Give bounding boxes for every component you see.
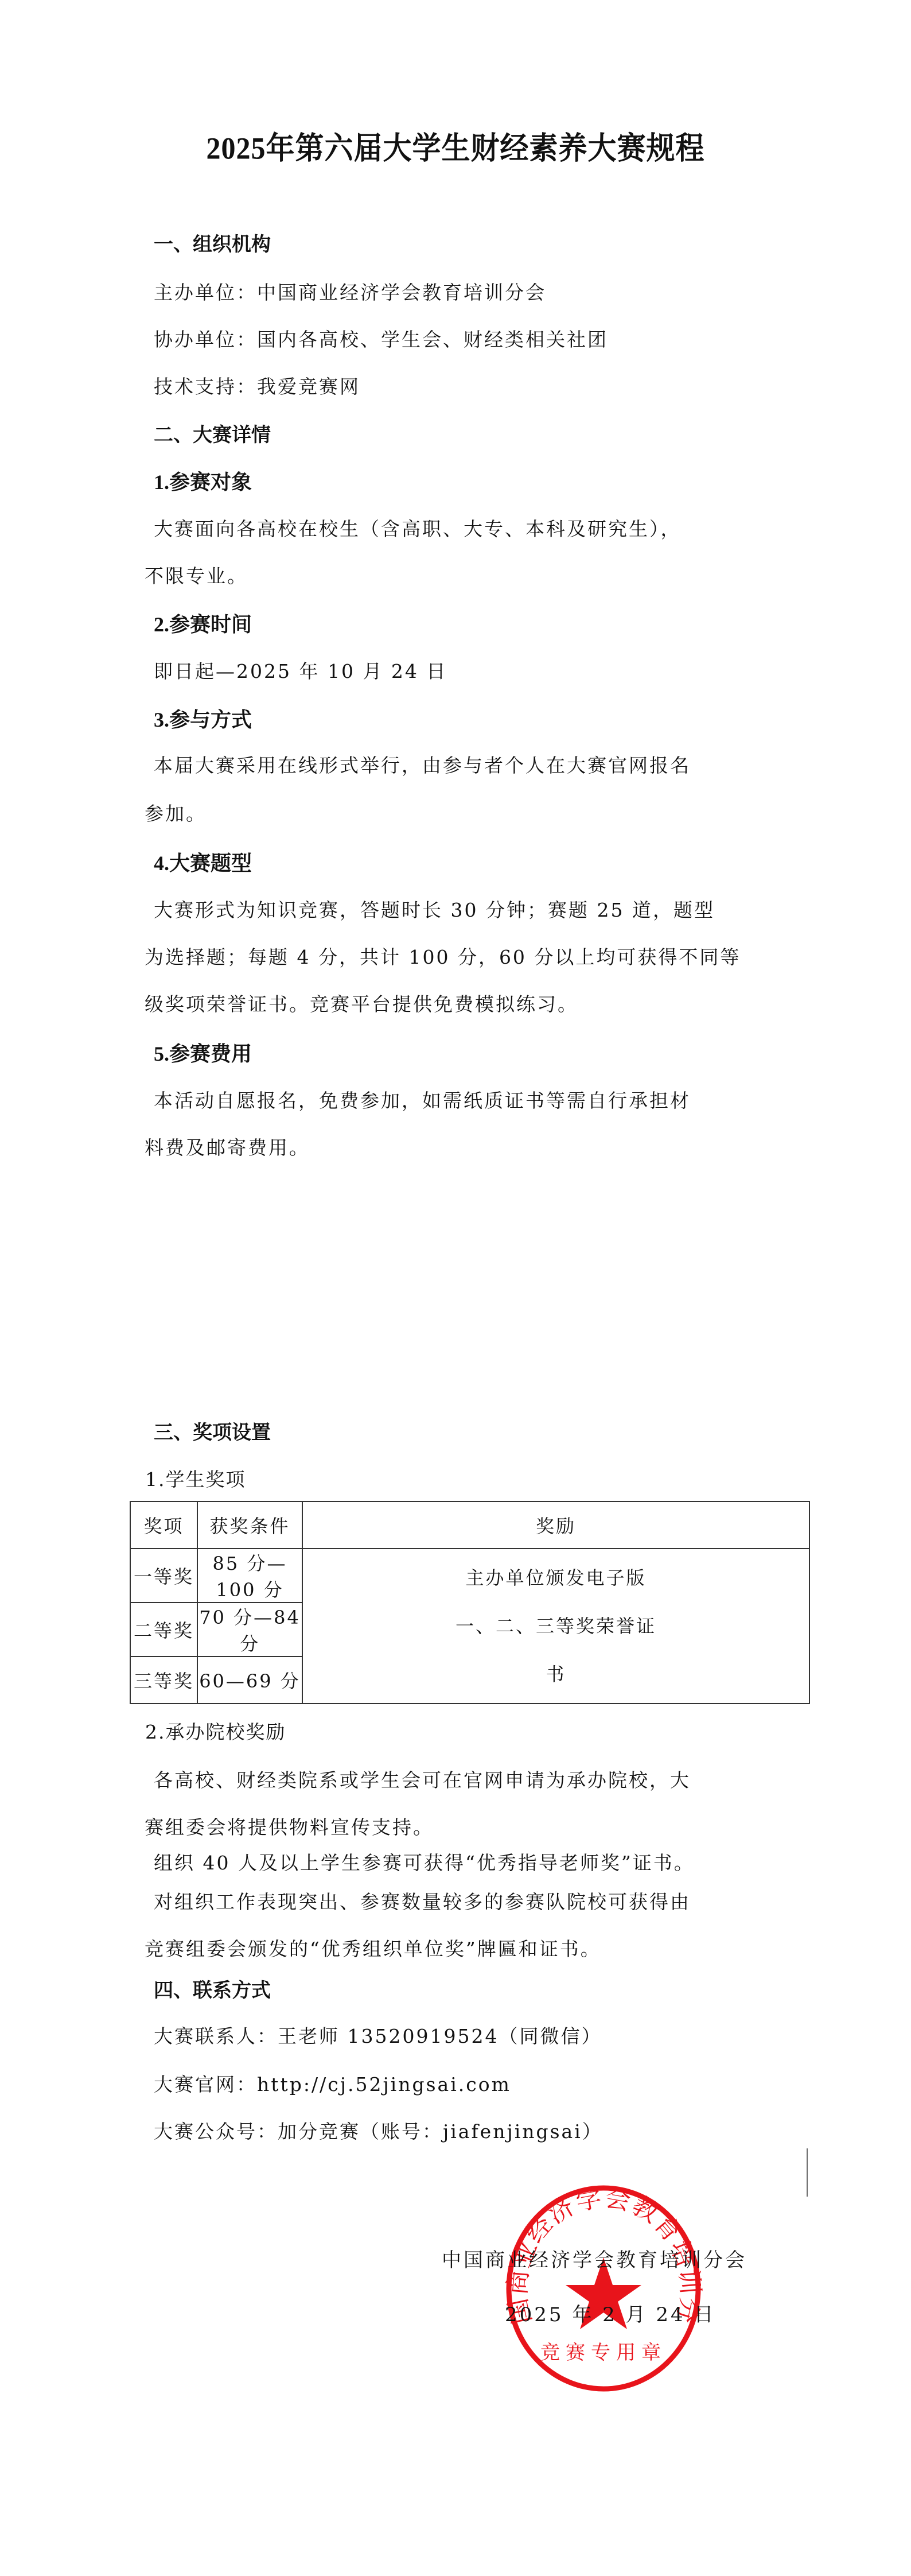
reward-cell: 主办单位颁发电子版 一、二、三等奖荣誉证 书 (302, 1549, 809, 1704)
subheading-school-awards: 2.承办院校奖励 (145, 1717, 286, 1744)
table-row: 一等奖 85 分—100 分 主办单位颁发电子版 一、二、三等奖荣誉证 书 (130, 1549, 809, 1603)
host-unit: 主办单位：中国商业经济学会教育培训分会 (154, 278, 546, 305)
subheading-student-awards: 1.学生奖项 (145, 1465, 246, 1492)
document-title: 2025年第六届大学生财经素养大赛规程 (0, 123, 911, 168)
contact-person: 大赛联系人：王老师 13520919524（同微信） (154, 2022, 602, 2049)
table-header-row: 奖项 获奖条件 奖励 (130, 1502, 809, 1549)
reward-line: 书 (313, 1650, 799, 1698)
subheading-participants: 1.参赛对象 (154, 466, 252, 495)
official-stamp: 中国商业经济学会教育培训分会 竞赛专用章 (505, 2184, 703, 2393)
co-host-unit: 协办单位：国内各高校、学生会、财经类相关社团 (154, 325, 608, 352)
school-line-4: 对组织工作表现突出、参赛数量较多的参赛队院校可获得由 (154, 1887, 691, 1914)
participants-line-1: 大赛面向各高校在校生（含高职、大专、本科及研究生）， (154, 514, 682, 541)
school-line-5: 竞赛组委会颁发的“优秀组织单位奖”牌匾和证书。 (145, 1934, 601, 1961)
table-header-cell: 奖项 (130, 1502, 197, 1549)
table-header-cell: 获奖条件 (197, 1502, 302, 1549)
signature-organization: 中国商业经济学会教育培训分会 (442, 2244, 747, 2272)
school-line-3: 组织 40 人及以上学生参赛可获得“优秀指导老师奖”证书。 (154, 1848, 695, 1875)
margin-marker-line (807, 2148, 808, 2197)
method-line-1: 本届大赛采用在线形式举行，由参与者个人在大赛官网报名 (154, 751, 691, 778)
participants-line-2: 不限专业。 (145, 561, 248, 588)
subheading-fee: 5.参赛费用 (154, 1038, 252, 1067)
contact-website[interactable]: 大赛官网：http://cj.52jingsai.com (154, 2070, 511, 2097)
stamp-seal-icon: 中国商业经济学会教育培训分会 竞赛专用章 (505, 2184, 703, 2393)
award-condition-cell: 85 分—100 分 (197, 1549, 302, 1603)
time-line-1: 即日起—2025 年 10 月 24 日 (154, 657, 447, 684)
school-line-1: 各高校、财经类院系或学生会可在官网申请为承办院校，大 (154, 1766, 691, 1793)
section-heading-details: 二、大赛详情 (154, 419, 271, 447)
award-name-cell: 二等奖 (130, 1603, 197, 1656)
award-condition-cell: 60—69 分 (197, 1656, 302, 1704)
reward-line: 主办单位颁发电子版 (313, 1554, 799, 1602)
subheading-format: 4.大赛题型 (154, 847, 252, 876)
award-name-cell: 三等奖 (130, 1656, 197, 1704)
fee-line-1: 本活动自愿报名，免费参加，如需纸质证书等需自行承担材 (154, 1086, 691, 1113)
tech-support: 技术支持：我爱竞赛网 (154, 372, 360, 399)
school-line-2: 赛组委会将提供物料宣传支持。 (145, 1813, 434, 1840)
award-table: 奖项 获奖条件 奖励 一等奖 85 分—100 分 主办单位颁发电子版 一、二、… (130, 1501, 810, 1704)
svg-text:竞赛专用章: 竞赛专用章 (540, 2341, 667, 2364)
section-heading-contact: 四、联系方式 (154, 1974, 271, 2003)
format-line-2: 为选择题；每题 4 分，共计 100 分，60 分以上均可获得不同等 (145, 942, 741, 969)
format-line-3: 级奖项荣誉证书。竞赛平台提供免费模拟练习。 (145, 990, 578, 1017)
method-line-2: 参加。 (145, 799, 207, 826)
section-heading-awards: 三、奖项设置 (154, 1417, 271, 1445)
award-name-cell: 一等奖 (130, 1549, 197, 1603)
subheading-time: 2.参赛时间 (154, 608, 252, 638)
contact-wechat: 大赛公众号：加分竞赛（账号：jiafenjingsai） (154, 2117, 603, 2144)
subheading-method: 3.参与方式 (154, 704, 252, 733)
section-heading-org: 一、组织机构 (154, 228, 271, 257)
table-header-cell: 奖励 (302, 1502, 809, 1549)
format-line-1: 大赛形式为知识竞赛，答题时长 30 分钟；赛题 25 道，题型 (154, 895, 715, 922)
reward-line: 一、二、三等奖荣誉证 (313, 1602, 799, 1650)
signature-date: 2025 年 2 月 24 日 (505, 2299, 715, 2327)
fee-line-2: 料费及邮寄费用。 (145, 1133, 310, 1160)
award-condition-cell: 70 分—84 分 (197, 1603, 302, 1656)
